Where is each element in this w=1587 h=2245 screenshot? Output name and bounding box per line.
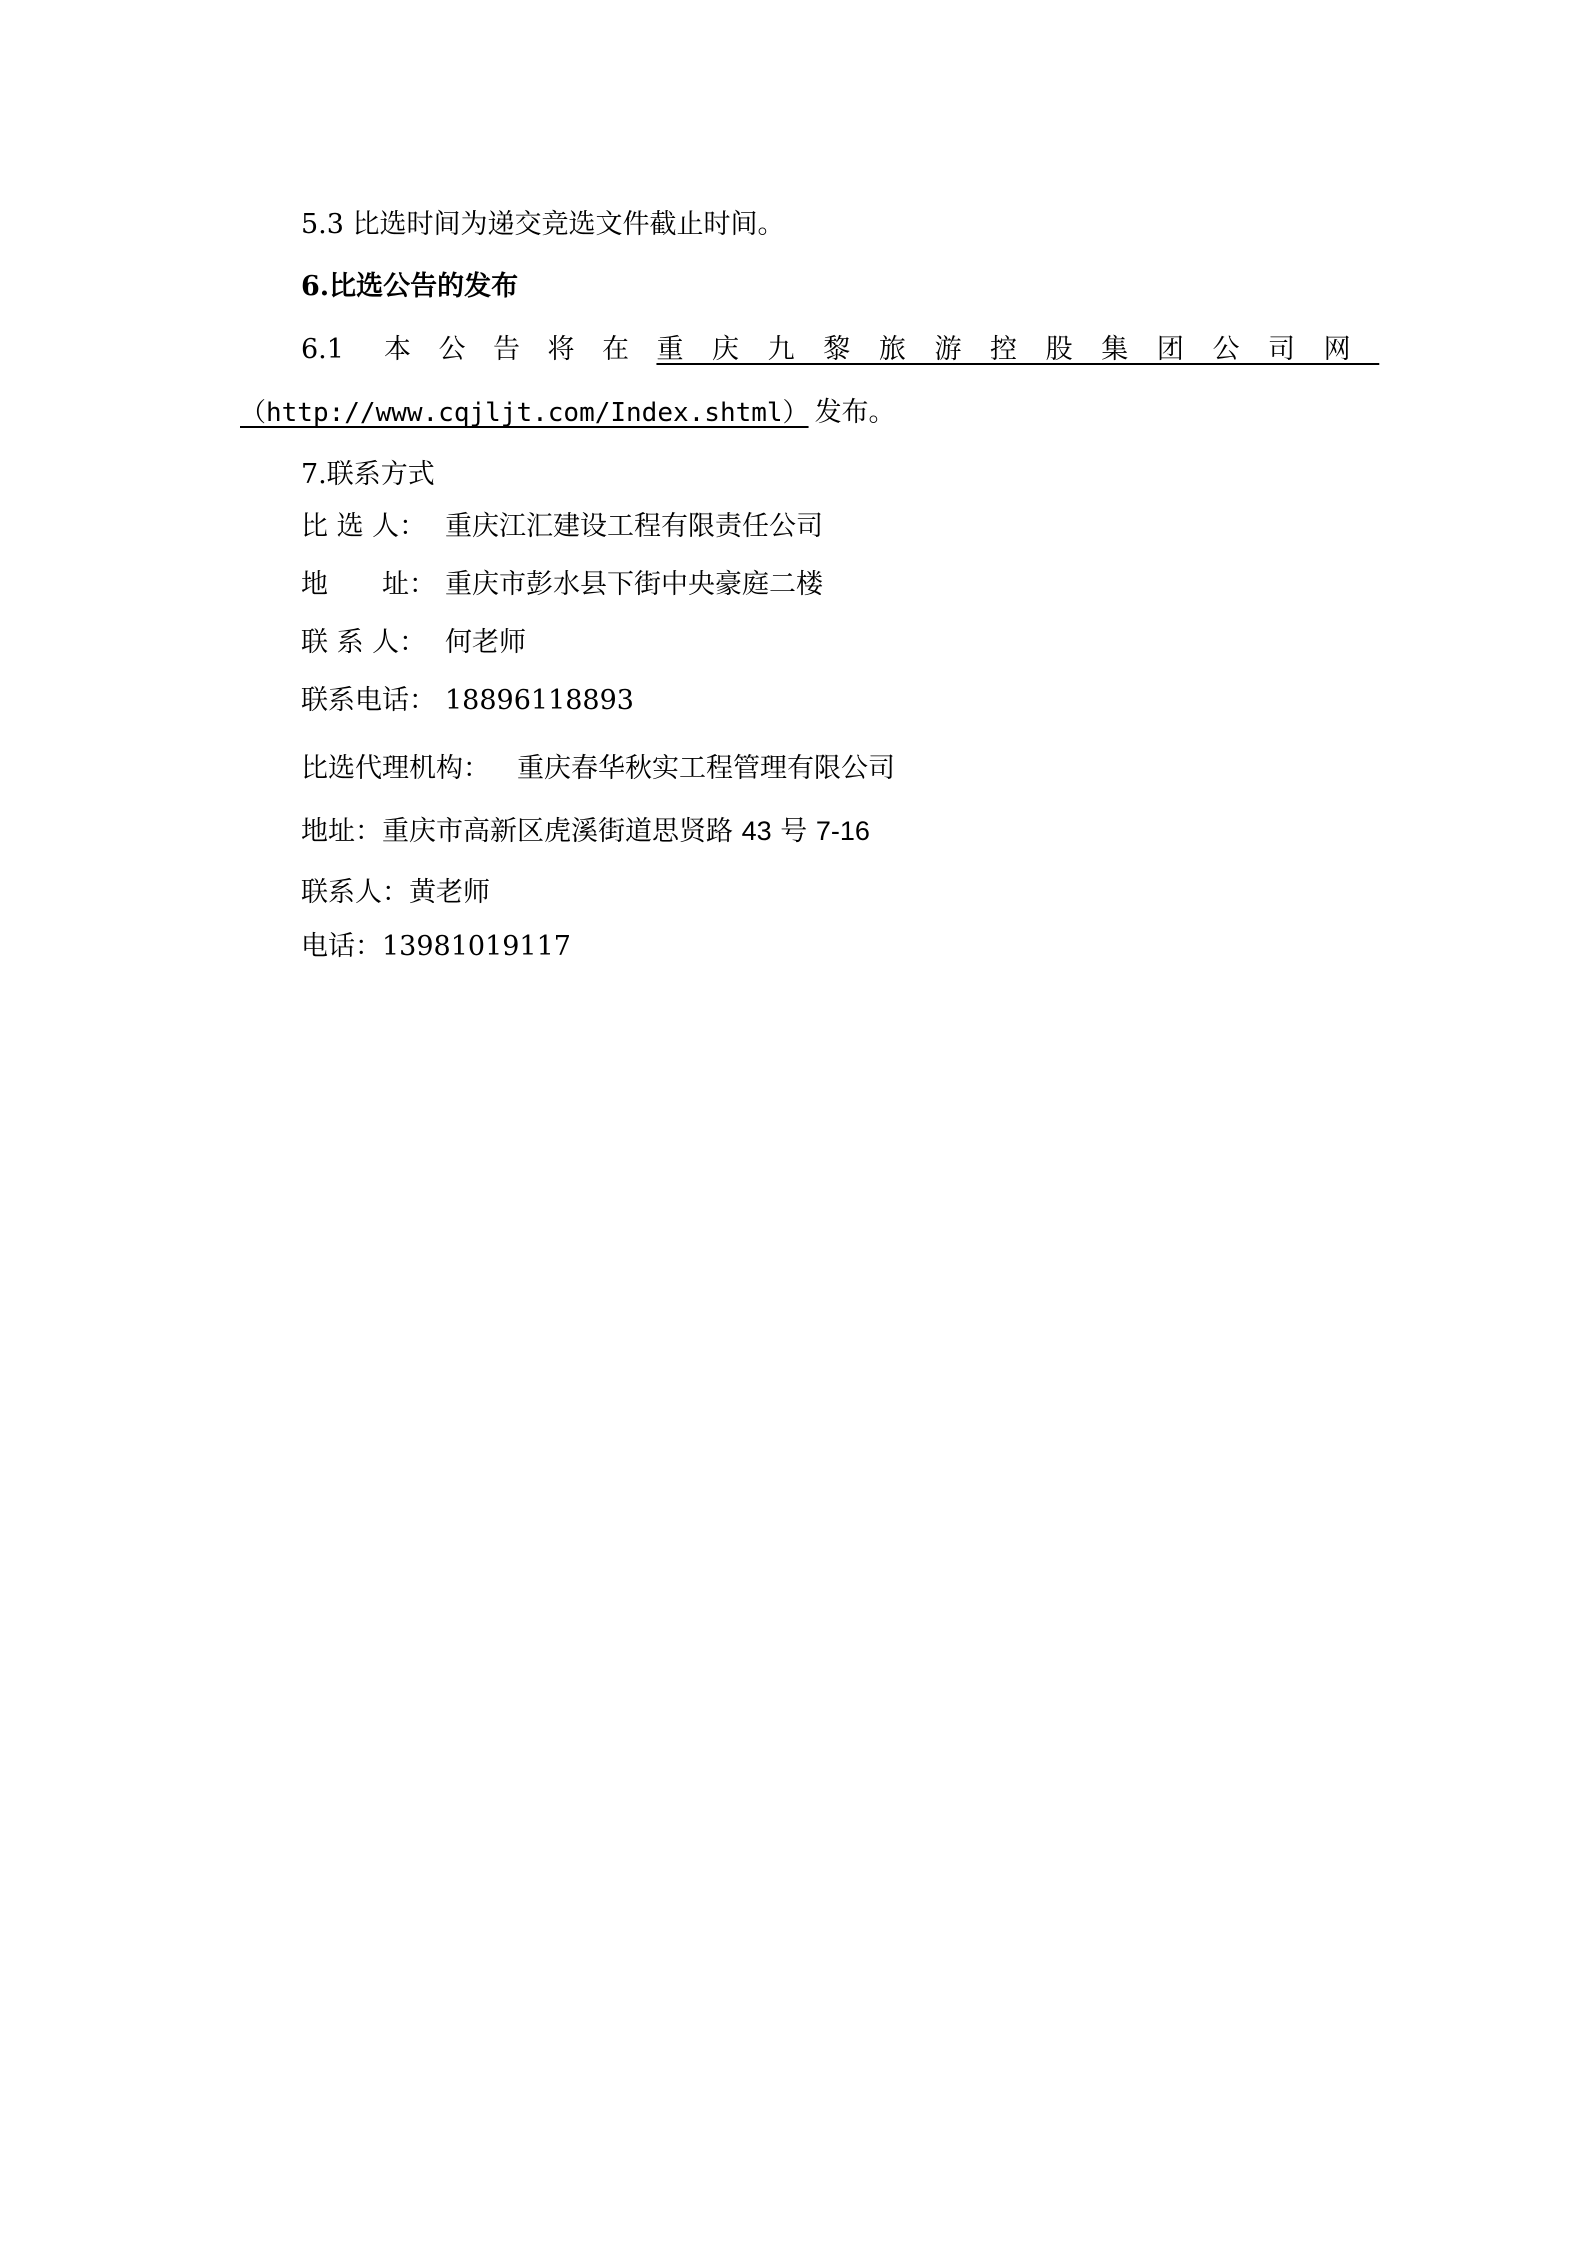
- document-page: 5.3 比选时间为递交竞选文件截止时间。 6.比选公告的发布 6.1本公告将在重…: [0, 0, 1587, 2245]
- publication-site-link[interactable]: 重庆九黎旅游控股集团公司网: [656, 334, 1379, 365]
- section-6-1-url-line: （http://www.cqjljt.com/Index.shtml）发布。: [240, 396, 896, 430]
- contact-person-row: 联 系 人：何老师: [301, 626, 526, 660]
- contact-phone-label: 联系电话：: [301, 684, 445, 718]
- contact-bidder-value: 重庆江汇建设工程有限责任公司: [445, 511, 823, 542]
- agency-contact-value: 黄老师: [409, 877, 490, 908]
- contact-phone-value: 18896118893: [445, 685, 634, 716]
- contact-address-row: 地 址：重庆市彭水县下街中央豪庭二楼: [301, 568, 823, 602]
- agency-address-street: 重庆市高新区虎溪街道思贤路: [382, 816, 733, 847]
- publication-url-link[interactable]: （http://www.cqjljt.com/Index.shtml）: [240, 398, 809, 428]
- section-6-1-suffix: 发布。: [815, 397, 896, 428]
- agency-address-hao: 号: [780, 816, 807, 847]
- agency-name-label: 比选代理机构：: [301, 753, 490, 784]
- contact-person-value: 何老师: [445, 627, 526, 658]
- agency-address-unit: 7-16: [816, 816, 870, 846]
- contact-bidder-label: 比 选 人：: [301, 510, 445, 544]
- agency-address-label: 地址：: [301, 816, 382, 847]
- contact-person-label: 联 系 人：: [301, 626, 445, 660]
- contact-phone-row: 联系电话：18896118893: [301, 684, 634, 718]
- agency-name-value: 重庆春华秋实工程管理有限公司: [517, 753, 895, 784]
- agency-contact-row: 联系人：黄老师: [301, 876, 490, 910]
- contact-address-label: 地 址：: [301, 568, 445, 602]
- section-6-1-prefix: 6.1: [301, 334, 344, 365]
- agency-contact-label: 联系人：: [301, 877, 409, 908]
- section-6-1-paragraph: 6.1本公告将在重庆九黎旅游控股集团公司网: [301, 333, 1351, 367]
- contact-bidder-row: 比 选 人：重庆江汇建设工程有限责任公司: [301, 510, 823, 544]
- agency-address-number: 43: [742, 816, 772, 846]
- agency-name-row: 比选代理机构：重庆春华秋实工程管理有限公司: [301, 752, 895, 786]
- section-5-3-text: 5.3 比选时间为递交竞选文件截止时间。: [301, 208, 785, 242]
- agency-phone-value: 13981019117: [382, 931, 571, 962]
- contact-address-value: 重庆市彭水县下街中央豪庭二楼: [445, 569, 823, 600]
- agency-phone-label: 电话：: [301, 931, 382, 962]
- agency-phone-row: 电话：13981019117: [301, 930, 571, 964]
- section-7-heading: 7.联系方式: [301, 458, 435, 492]
- agency-address-row: 地址：重庆市高新区虎溪街道思贤路 43 号 7-16: [301, 814, 870, 849]
- section-6-1-lead: 本公告将在: [384, 334, 657, 365]
- section-6-heading: 6.比选公告的发布: [301, 270, 518, 304]
